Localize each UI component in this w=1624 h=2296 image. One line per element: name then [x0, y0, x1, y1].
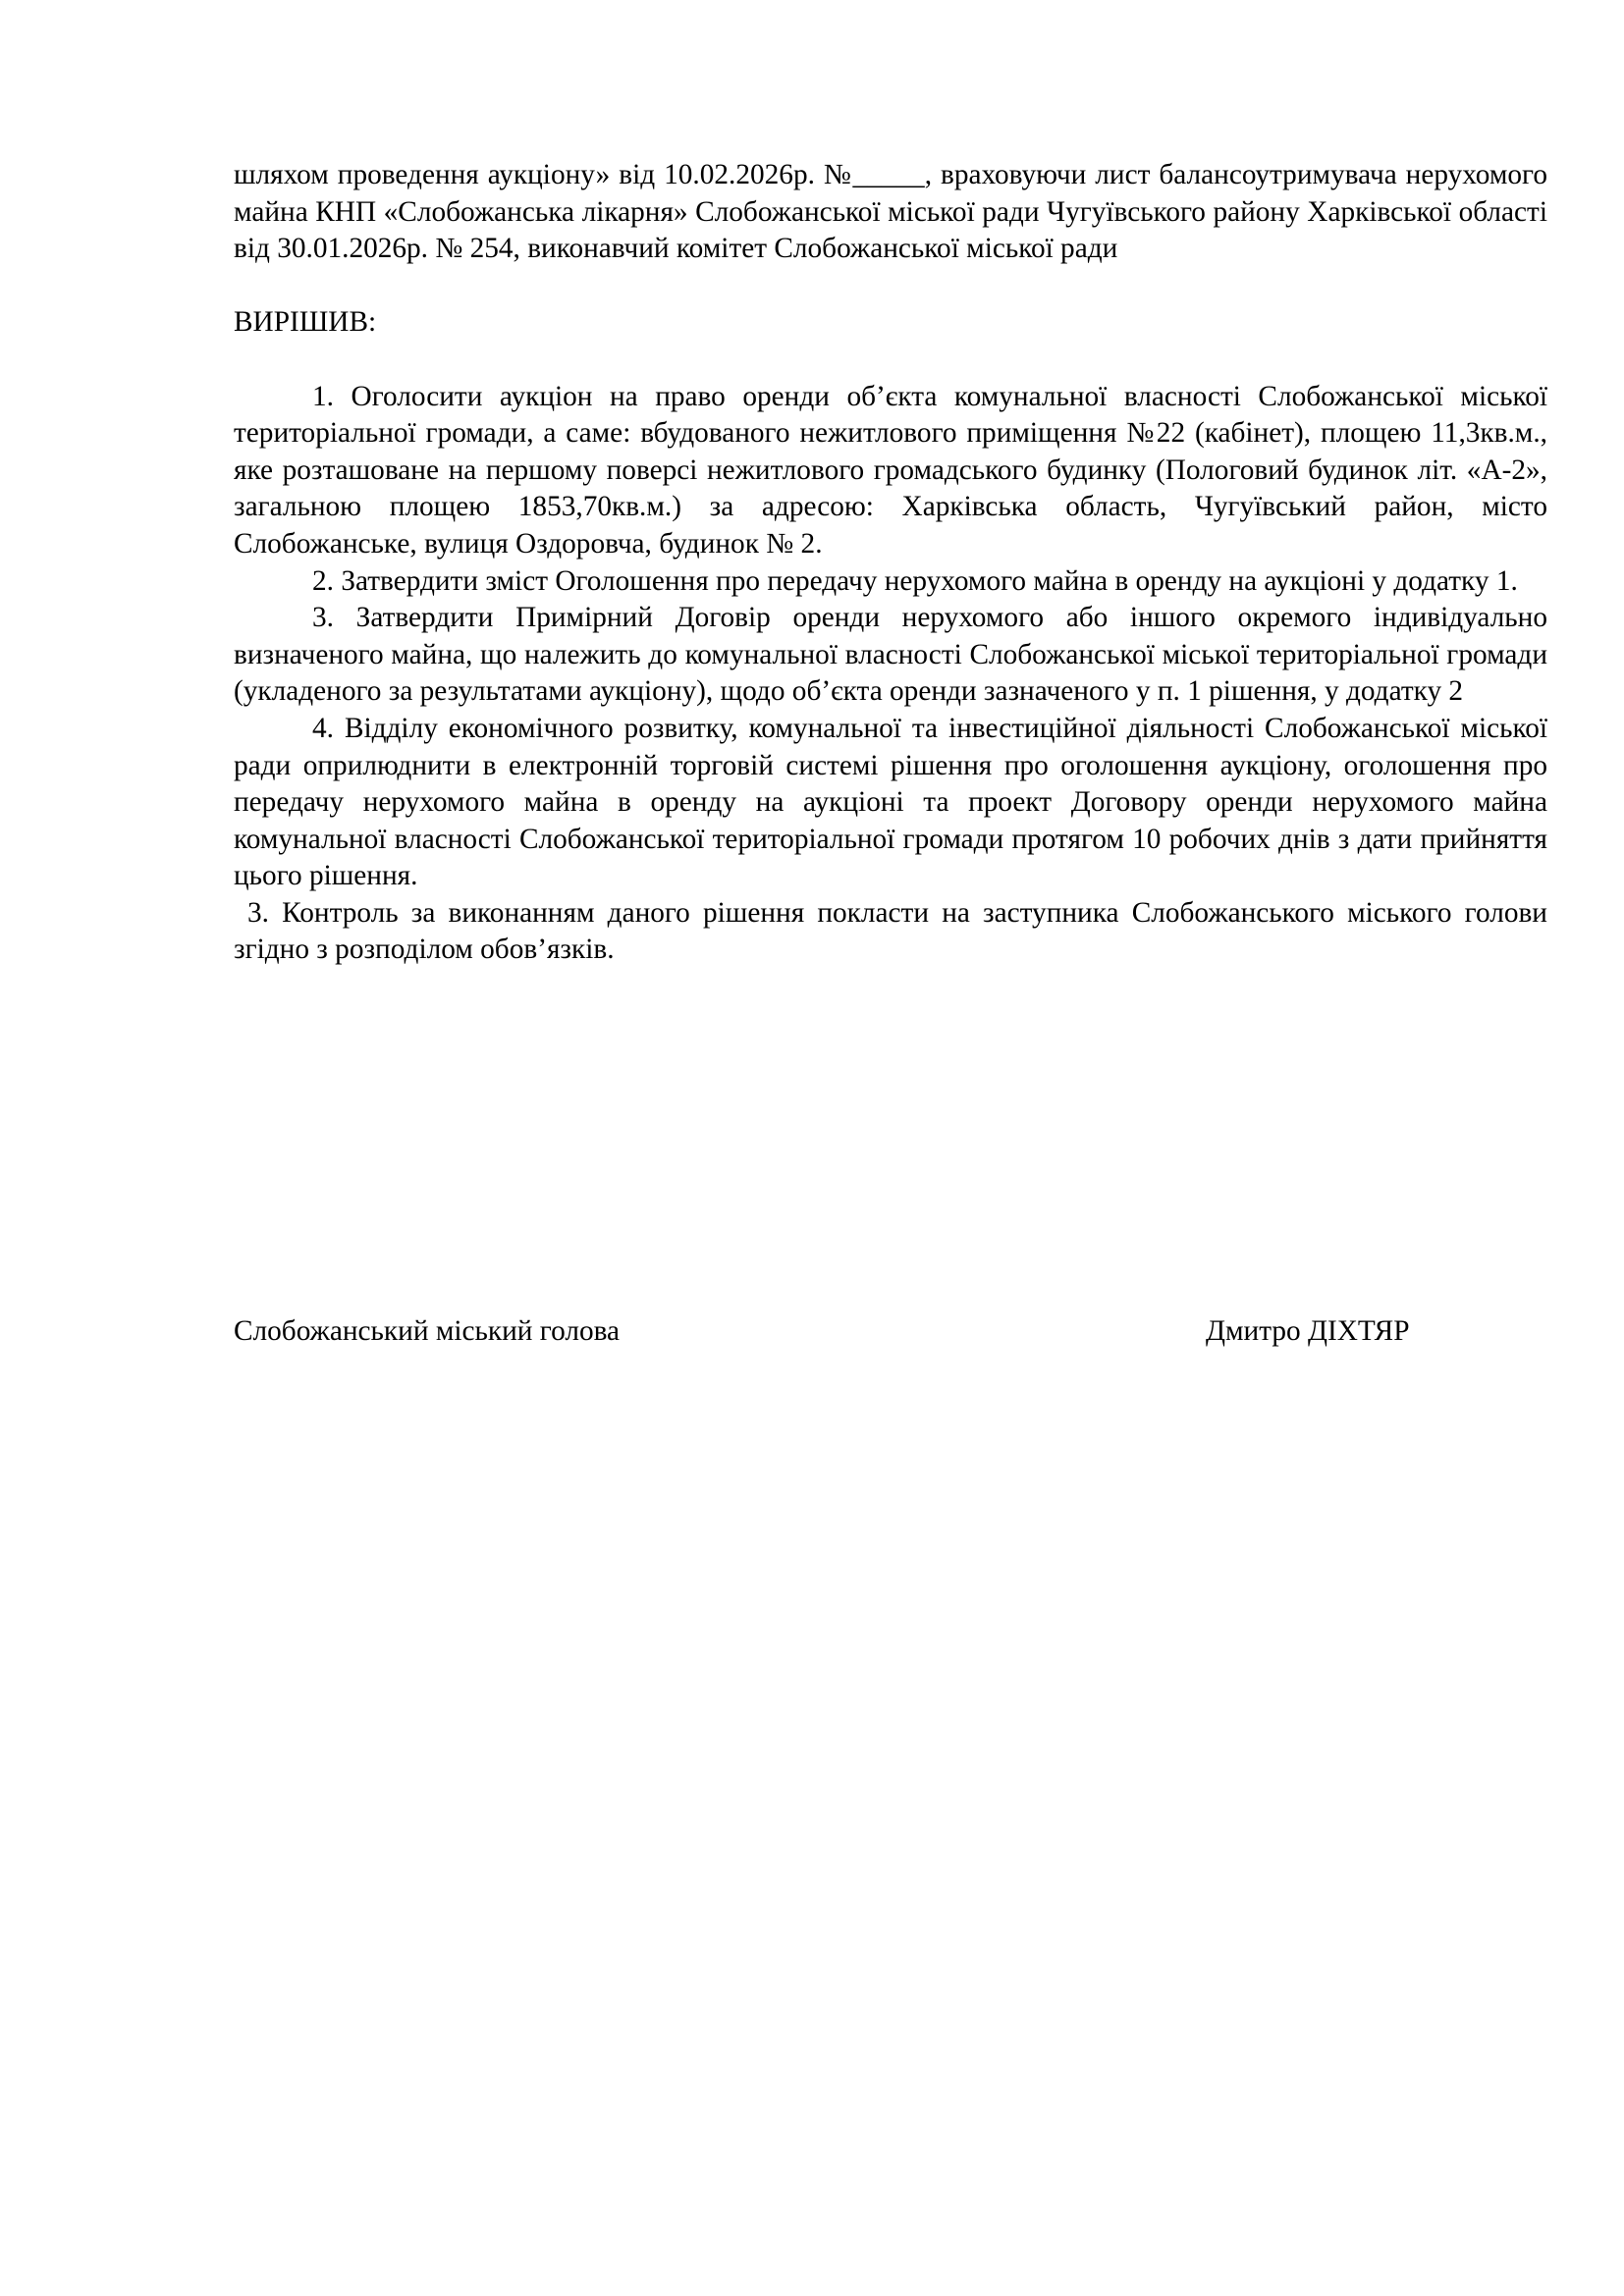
decision-item-4: 4. Відділу економічного розвитку, комуна…: [234, 711, 1547, 895]
item-text: Відділу економічного розвитку, комунальн…: [234, 713, 1547, 891]
item-text: Контроль за виконанням даного рішення по…: [234, 897, 1547, 966]
signatory-position: Слобожанський міський голова: [234, 1313, 620, 1351]
signatory-name: Дмитро ДІХТЯР: [1206, 1313, 1410, 1351]
spacer: [234, 268, 1547, 305]
decision-item-1: 1. Оголосити аукціон на право оренди об’…: [234, 379, 1547, 563]
decision-item-3: 3. Затвердити Примірний Договір оренди н…: [234, 600, 1547, 711]
item-number: 4.: [312, 713, 334, 744]
decision-item-2: 2. Затвердити зміст Оголошення про перед…: [234, 563, 1547, 601]
intro-paragraph: шляхом проведення аукціону» від 10.02.20…: [234, 157, 1547, 268]
item-text: Оголосити аукціон на право оренди об’єкт…: [234, 381, 1547, 560]
item-number: 1.: [312, 381, 334, 412]
control-item: 3. Контроль за виконанням даного рішення…: [234, 895, 1547, 969]
document-body: шляхом проведення аукціону» від 10.02.20…: [234, 157, 1547, 969]
item-number: 3.: [247, 897, 269, 929]
item-text: Затвердити Примірний Договір оренди неру…: [234, 602, 1547, 707]
item-number: 3.: [312, 602, 334, 633]
decision-heading: ВИРІШИВ:: [234, 304, 1547, 342]
item-text: Затвердити зміст Оголошення про передачу…: [341, 565, 1518, 597]
item-number: 2.: [312, 565, 334, 597]
spacer: [234, 342, 1547, 379]
